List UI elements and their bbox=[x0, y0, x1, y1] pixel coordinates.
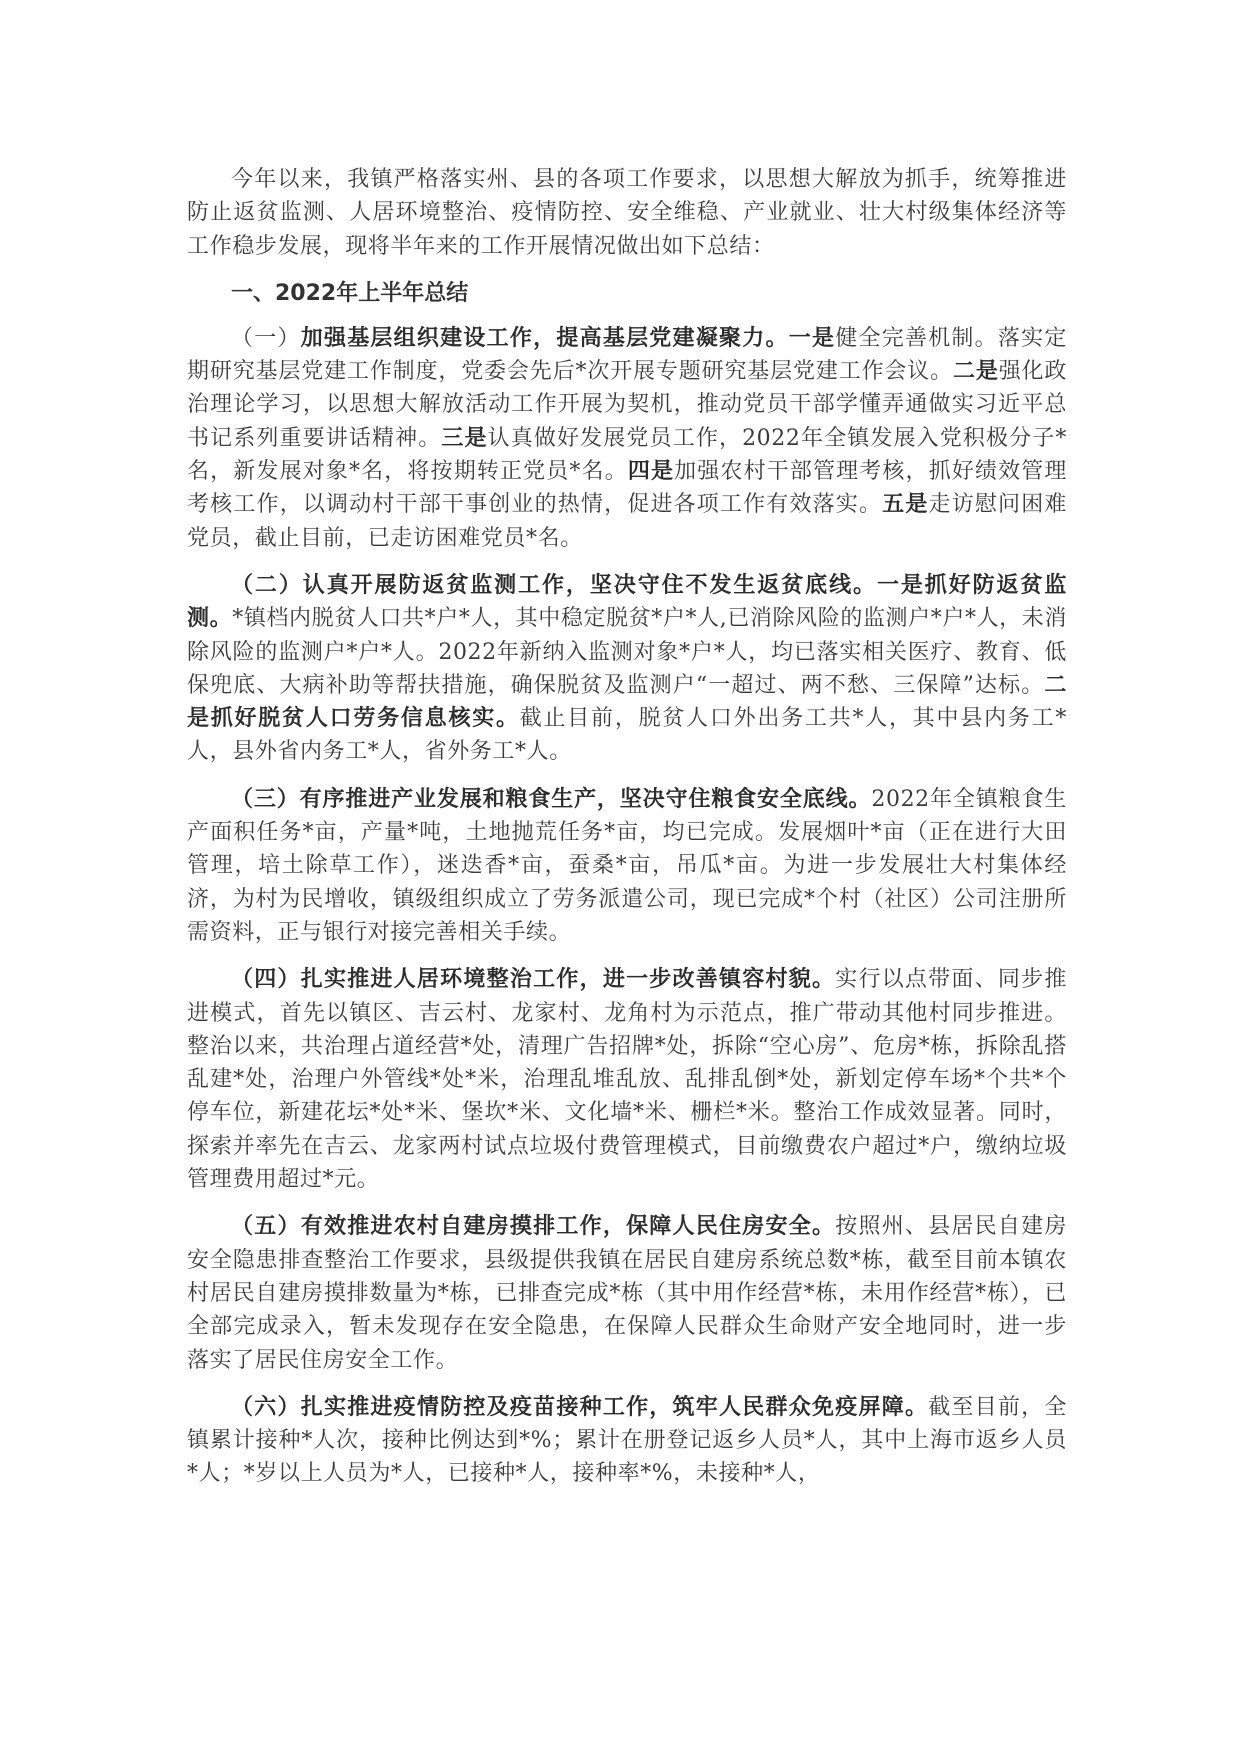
item-3-paragraph: （三）有序推进产业发展和粮食生产，坚决守住粮食安全底线。2022年全镇粮食生产面… bbox=[187, 783, 1067, 949]
item-heading: 加强基层组织建设工作，提高基层党建凝聚力。 bbox=[301, 326, 789, 351]
item-6-paragraph: （六）扎实推进疫情防控及疫苗接种工作，筑牢人民群众免疫屏障。截至目前，全镇累计接… bbox=[187, 1391, 1067, 1491]
point-text: 实行以点带面、同步推进模式，首先以镇区、吉云村、龙家村、龙角村为示范点，推广带动… bbox=[187, 967, 1067, 1192]
point-label: 三是 bbox=[441, 426, 487, 451]
section-heading: 一、2022年上半年总结 bbox=[187, 277, 1067, 310]
point-label: 四是 bbox=[628, 459, 674, 484]
item-prefix: （六） bbox=[231, 1395, 301, 1420]
document-page: 今年以来，我镇严格落实州、县的各项工作要求，以思想大解放为抓手，统筹推进防止返贫… bbox=[187, 163, 1067, 1505]
item-2-paragraph: （二）认真开展防返贫监测工作，坚决守住不发生返贫底线。一是抓好防返贫监测。*镇档… bbox=[187, 569, 1067, 769]
item-prefix: （五） bbox=[231, 1214, 301, 1239]
item-heading: 扎实推进疫情防控及疫苗接种工作，筑牢人民群众免疫屏障。 bbox=[301, 1395, 928, 1420]
item-prefix: （二） bbox=[231, 573, 303, 598]
item-prefix: （四） bbox=[231, 967, 301, 992]
item-prefix: （一） bbox=[231, 326, 301, 351]
point-text: *镇档内脱贫人口共*户*人，其中稳定脱贫*户*人,已消除风险的监测户*户*人，未… bbox=[187, 606, 1067, 698]
item-prefix: （三） bbox=[231, 787, 300, 812]
item-heading: 有效推进农村自建房摸排工作，保障人民住房安全。 bbox=[301, 1214, 836, 1239]
item-1-paragraph: （一）加强基层组织建设工作，提高基层党建凝聚力。一是健全完善机制。落实定期研究基… bbox=[187, 322, 1067, 555]
item-heading: 有序推进产业发展和粮食生产，坚决守住粮食安全底线。 bbox=[300, 787, 872, 812]
item-heading: 认真开展防返贫监测工作，坚决守住不发生返贫底线。 bbox=[303, 573, 877, 598]
point-label: 一是 bbox=[789, 326, 835, 351]
point-label: 二是 bbox=[953, 359, 999, 384]
intro-paragraph: 今年以来，我镇严格落实州、县的各项工作要求，以思想大解放为抓手，统筹推进防止返贫… bbox=[187, 163, 1067, 263]
item-4-paragraph: （四）扎实推进人居环境整治工作，进一步改善镇容村貌。实行以点带面、同步推进模式，… bbox=[187, 963, 1067, 1196]
point-label: 五是 bbox=[882, 492, 928, 517]
item-5-paragraph: （五）有效推进农村自建房摸排工作，保障人民住房安全。按照州、县居民自建房安全隐患… bbox=[187, 1210, 1067, 1376]
item-heading: 扎实推进人居环境整治工作，进一步改善镇容村貌。 bbox=[301, 967, 836, 992]
